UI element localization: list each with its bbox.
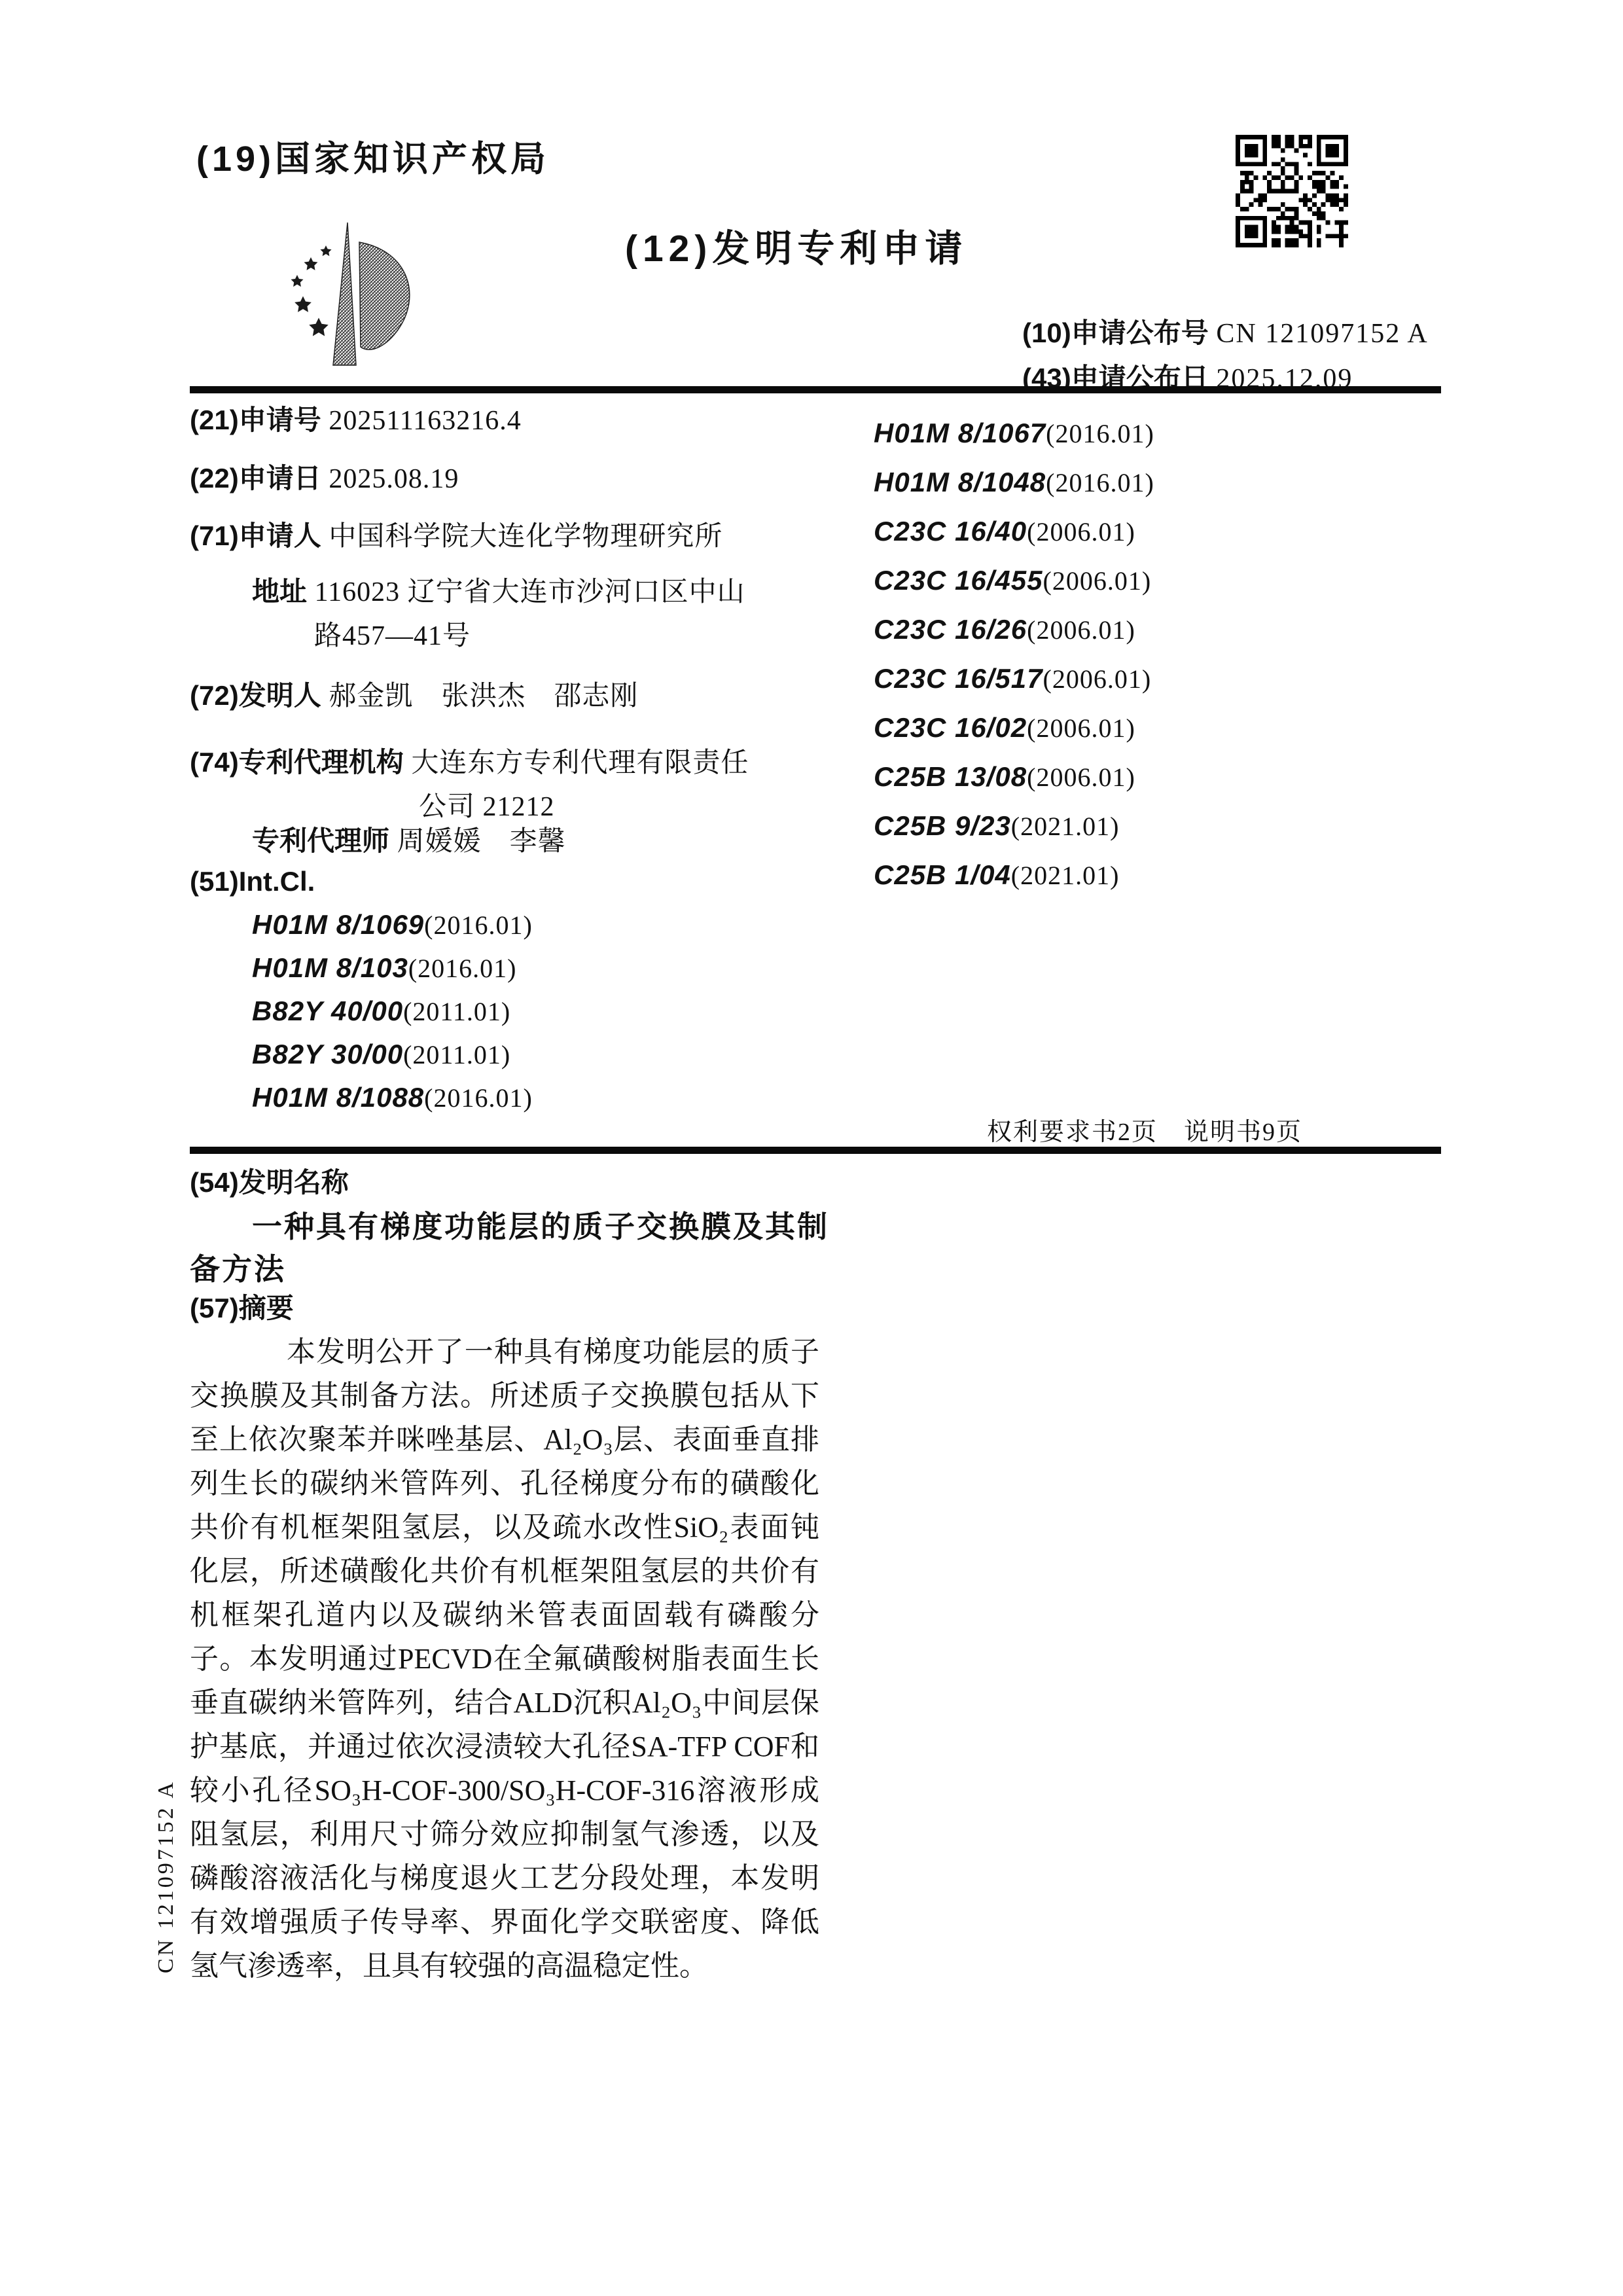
logo-bowl [359, 242, 410, 350]
agency-row: (74)专利代理机构 大连东方专利代理有限责任 [190, 745, 831, 780]
header-divider-rule [190, 386, 1441, 393]
qr-code-icon [1236, 135, 1348, 247]
document-type-title: (12)发明专利申请 [625, 219, 967, 272]
applicant-row: (71)申请人 中国科学院大连化学物理研究所 [190, 519, 831, 554]
abstract-text: 本发明公开了一种具有梯度功能层的质子交换膜及其制备方法。所述质子交换膜包括从下至… [190, 1330, 819, 1988]
sidebar-publication-number: CN 121097152 A [154, 1797, 180, 1973]
inventors-row: (72)发明人 郝金凯 张洪杰 邵志刚 [190, 679, 831, 713]
abstract-line: 本发明公开了一种具有梯度功能层的质子 [190, 1330, 819, 1374]
abstract-line: 垂直碳纳米管阵列，结合ALD沉积Al₂O₃中间层保 [190, 1681, 819, 1725]
invention-title-label: (54)发明名称 [190, 1161, 349, 1200]
star-icon [320, 245, 331, 256]
ipc-entry: H01M 8/1048(2016.01) [874, 465, 1154, 500]
invention-title-line1: 一种具有梯度功能层的质子交换膜及其制 [252, 1203, 829, 1246]
ipc-entry: C23C 16/40(2006.01) [874, 514, 1154, 549]
star-icon [309, 318, 328, 336]
agency-row-2: 公司 21212 [190, 790, 831, 824]
ipc-entry: H01M 8/103(2016.01) [190, 951, 831, 986]
body-divider-rule [190, 1147, 1441, 1154]
address-row: 地址 116023 辽宁省大连市沙河口区中山 [190, 575, 831, 609]
abstract-line: 共价有机框架阻氢层，以及疏水改性SiO₂表面钝 [190, 1505, 819, 1549]
abstract-line: 氢气渗透率，且具有较强的高温稳定性。 [190, 1944, 819, 1988]
ipc-entry: B82Y 40/00(2011.01) [190, 994, 831, 1029]
ipc-entry: H01M 8/1088(2016.01) [190, 1081, 831, 1115]
abstract-line: 化层，所述磺酸化共价有机框架阻氢层的共价有 [190, 1549, 819, 1593]
abstract-line: 交换膜及其制备方法。所述质子交换膜包括从下 [190, 1374, 819, 1418]
abstract-line: 机框架孔道内以及碳纳米管表面固载有磷酸分 [190, 1593, 819, 1637]
star-icon [294, 296, 312, 312]
abstract-line: 较小孔径SO₃H-COF-300/SO₃H-COF-316溶液形成 [190, 1768, 819, 1812]
application-number-row: (21)申请号 202511163216.4 [190, 403, 831, 438]
ipc-entry: C25B 9/23(2021.01) [874, 809, 1154, 844]
ipc-entry: C25B 13/08(2006.01) [874, 760, 1154, 795]
int-cl-heading: (51)Int.Cl. [190, 865, 831, 899]
logo-stars [291, 245, 332, 336]
ipc-entry: C23C 16/455(2006.01) [874, 564, 1154, 598]
publication-number-value: CN 121097152 A [1216, 319, 1428, 349]
ipc-entry: C23C 16/02(2006.01) [874, 711, 1154, 745]
address-row-2: 路457—41号 [190, 619, 831, 653]
ipc-entry: H01M 8/1069(2016.01) [190, 908, 831, 942]
abstract-line: 至上依次聚苯并咪唑基层、Al₂O₃层、表面垂直排 [190, 1418, 819, 1462]
patent-front-page: (19)国家知识产权局 (12)发明专利申请 (10)申请公布号 CN 1210… [0, 0, 1623, 2296]
publication-number-label: (10)申请公布号 [1022, 317, 1216, 348]
logo-spike [333, 223, 356, 365]
ipc-entry: B82Y 30/00(2011.01) [190, 1037, 831, 1072]
ipc-entry: C25B 1/04(2021.01) [874, 858, 1154, 893]
ipc-entry: H01M 8/1067(2016.01) [874, 416, 1154, 451]
patent-agent-row: 专利代理师 周媛媛 李馨 [190, 824, 831, 859]
bibliographic-left-column: (21)申请号 202511163216.4 (22)申请日 2025.08.1… [190, 403, 831, 1115]
issuing-office: (19)国家知识产权局 [196, 131, 550, 181]
ipc-entry: C23C 16/517(2006.01) [874, 662, 1154, 696]
invention-title-line2: 备方法 [190, 1246, 286, 1289]
ipc-right-column: H01M 8/1067(2016.01) H01M 8/1048(2016.01… [874, 402, 1154, 893]
ipc-entry: C23C 16/26(2006.01) [874, 613, 1154, 647]
abstract-line: 有效增强质子传导率、界面化学交联密度、降低 [190, 1900, 819, 1944]
abstract-line: 列生长的碳纳米管阵列、孔径梯度分布的磺酸化 [190, 1462, 819, 1505]
star-icon [304, 257, 318, 270]
publication-number-line: (10)申请公布号 CN 121097152 A [1022, 312, 1429, 351]
abstract-line: 阻氢层，利用尺寸筛分效应抑制氢气渗透，以及 [190, 1812, 819, 1856]
abstract-line: 子。本发明通过PECVD在全氟磺酸树脂表面生长 [190, 1637, 819, 1681]
abstract-line: 磷酸溶液活化与梯度退火工艺分段处理，本发明 [190, 1856, 819, 1900]
star-icon [291, 275, 304, 287]
abstract-line: 护基底，并通过依次浸渍较大孔径SA-TFP COF和 [190, 1725, 819, 1768]
pages-count-note: 权利要求书2页 说明书9页 [870, 1111, 1302, 1147]
cnipa-logo-icon [281, 221, 422, 367]
application-date-row: (22)申请日 2025.08.19 [190, 461, 831, 496]
abstract-label: (57)摘要 [190, 1287, 294, 1326]
ipc-list-left: H01M 8/1069(2016.01) H01M 8/103(2016.01)… [190, 908, 831, 1115]
